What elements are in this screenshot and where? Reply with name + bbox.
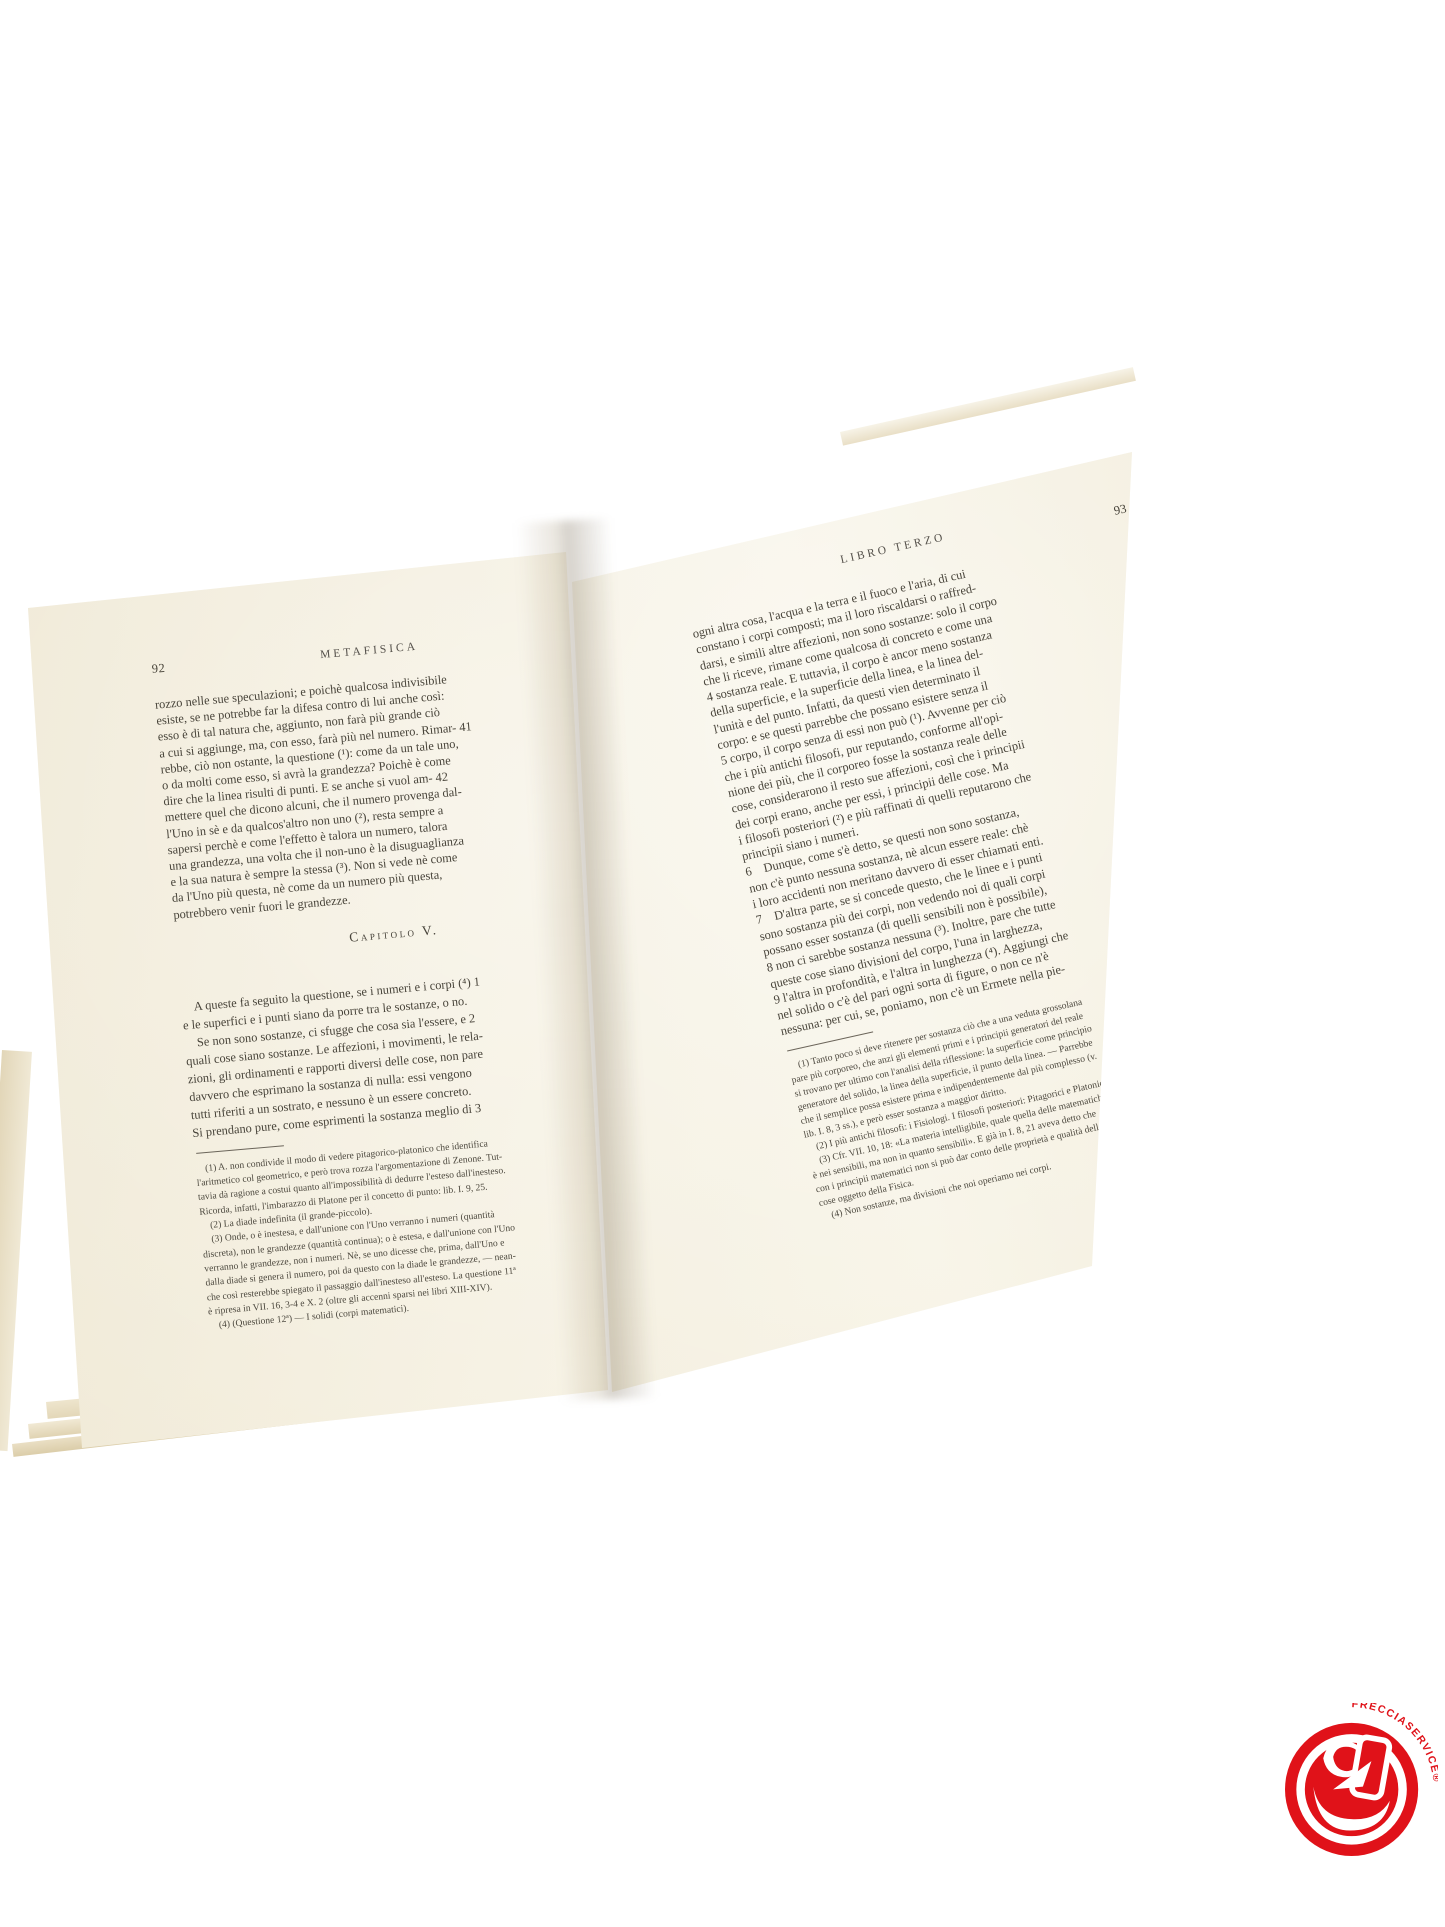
text-line: non c'è punto nessuna sostanza, nè alcun…	[747, 788, 1168, 897]
footnote-rule	[196, 1145, 284, 1154]
text-line: lib. I. 8, 3 ss.), e però esser sostanza…	[802, 1036, 1223, 1142]
text-line: ogni altra cosa, l'acqua e la terra e il…	[691, 534, 1112, 643]
text-line: 8 non ci sarebbe sostanza nessuna (³). I…	[765, 868, 1186, 977]
footnote-rule	[787, 1031, 873, 1051]
text-line: 5 corpo, il corpo senza di essi non può …	[719, 661, 1140, 770]
right-running-head: LIBRO TERZO	[679, 481, 1103, 601]
book-photo: 92 METAFISICA 00 rozzo nelle sue specula…	[0, 0, 1445, 1927]
text-line: cose oggetto della Fisica.	[818, 1104, 1239, 1210]
text-line: con i principii matematici non si può da…	[815, 1091, 1236, 1197]
text-line: nione dei più, che il corporeo fosse la …	[726, 693, 1147, 802]
text-line: nessuna: per cui, se, poniamo, non c'è u…	[779, 931, 1200, 1040]
text-line: 6 Dunque, come s'è detto, se questi non …	[744, 772, 1165, 881]
text-line: sono sostanza più dei corpi, non vedendo…	[758, 836, 1179, 945]
text-line: constano i corpi composti; ma il loro ri…	[695, 550, 1116, 659]
text-line: nel solido o c'è del pari ogni sorta di …	[776, 915, 1197, 1024]
text-line: che i più antichi filosofi, pur reputand…	[723, 677, 1144, 786]
left-page-number: 92	[151, 661, 166, 677]
page-edge-stack	[840, 367, 1136, 446]
phone-icon	[1351, 1736, 1390, 1798]
text-line: 7 D'altra parte, se si concede questo, c…	[754, 820, 1175, 929]
text-line: i filosofi posteriori (²) e più raffinat…	[737, 740, 1158, 849]
right-page-number: 93	[1113, 501, 1128, 518]
text-line: 4 sostanza reale. E tuttavia, il corpo è…	[705, 597, 1126, 706]
left-page-paper	[0, 0, 1445, 1927]
text-line: i loro accidenti non meritano davvero di…	[751, 804, 1172, 913]
text-line: queste cose siano divisioni del corpo, l…	[769, 884, 1190, 993]
text-line: che li riceve, rimane come qualcosa di c…	[702, 581, 1123, 690]
text-line: dei corpi erano, anche per essi, i princ…	[733, 725, 1154, 834]
text-line: cose, considerarono il resto sue affezio…	[730, 709, 1151, 818]
page-edge-stack	[0, 1050, 32, 1451]
text-line: (3) Cfr. VII. 10, 18: «La materia intell…	[808, 1063, 1229, 1169]
text-line: si trovano per ultimo con l'analisi dell…	[793, 995, 1214, 1101]
text-line: l'unità e del punto. Infatti, da questi …	[712, 629, 1133, 738]
gutter-shadow	[515, 518, 657, 1402]
right-text-block: LIBRO TERZO 93 1002 a ogni altra cosa, l…	[679, 481, 1241, 1225]
text-line: (4) Non sostanze, ma divisioni che noi o…	[821, 1118, 1242, 1224]
bekker-margin-ref: 1002 a	[1127, 521, 1151, 547]
text-line: corpo: e se questi parrebbe che possano …	[716, 645, 1137, 754]
right-footnotes: (1) Tanto poco si deve ritenere per sost…	[787, 968, 1241, 1225]
text-line: è nei sensibili, ma non in quanto sensib…	[811, 1077, 1232, 1183]
right-page: LIBRO TERZO 93 1002 a ogni altra cosa, l…	[0, 0, 1445, 1927]
right-page-text: LIBRO TERZO 93 1002 a ogni altra cosa, l…	[650, 472, 1282, 1231]
right-running-title: LIBRO TERZO	[683, 496, 1103, 600]
text-line: pare più corporeo, che anzi gli elementi…	[790, 981, 1211, 1087]
text-line: principii siano i numeri.	[740, 756, 1161, 865]
right-page-paper	[0, 0, 1445, 1927]
text-line: 9 l'altra in profondità, e l'altra in lu…	[772, 900, 1193, 1009]
text-line: della superficie, e la superficie della …	[709, 613, 1130, 722]
text-line: generatore del solido, la linea della su…	[796, 1009, 1217, 1115]
text-line: (1) Tanto poco si deve ritenere per sost…	[787, 968, 1208, 1074]
left-running-title: METAFISICA	[165, 627, 573, 675]
left-page: 92 METAFISICA 00 rozzo nelle sue specula…	[0, 0, 1445, 1927]
text-line: possano esser sostanza (di quelli sensib…	[762, 852, 1183, 961]
watermark-logo: FRECCIASERVICE®	[1268, 1703, 1438, 1873]
text-line: (2) I più antichi filosofi: i Fisiologi.…	[805, 1050, 1226, 1156]
text-line: darsi, e simili altre affezioni, non son…	[698, 565, 1119, 674]
text-line: che il semplice possa esistere prima e i…	[799, 1022, 1220, 1128]
right-body: ogni altra cosa, l'acqua e la terra e il…	[691, 534, 1201, 1040]
